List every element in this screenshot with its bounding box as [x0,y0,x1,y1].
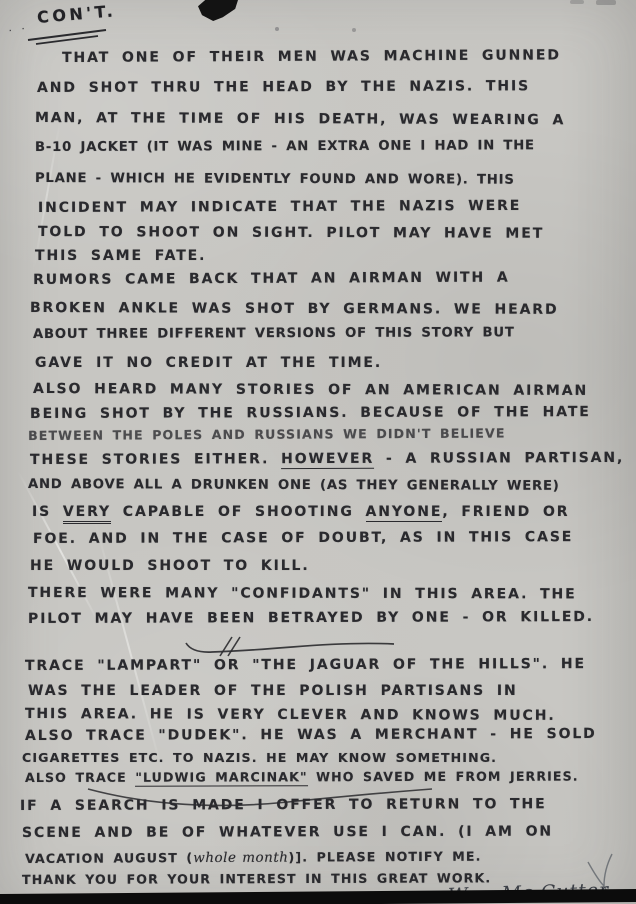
letter-page: . . CON'T. THAT ONE OF THEIR MEN WAS MAC… [0,0,636,904]
handwritten-line: THAT ONE OF THEIR MEN WAS MACHINE GUNNED [62,47,561,66]
underlined-word: "LUDWIG MARCINAK" [135,769,307,786]
line-segment: )]. PLEASE NOTIFY ME. [288,849,481,865]
handwritten-line: BEING SHOT BY THE RUSSIANS. BECAUSE OF T… [30,404,591,422]
line-segment: ALSO TRACE [25,770,135,785]
handwritten-line: AND ABOVE ALL A DRUNKEN ONE (AS THEY GEN… [28,477,560,494]
handwritten-line: B-10 JACKET (IT WAS MINE - AN EXTRA ONE … [35,138,535,155]
line-segment: , FRIEND OR [442,504,569,520]
handwritten-line: AND SHOT THRU THE HEAD BY THE NAZIS. THI… [37,78,530,96]
handwritten-line: INCIDENT MAY INDICATE THAT THE NAZIS WER… [38,198,521,216]
smudge-mark [596,0,616,5]
scan-edge-strip [0,889,636,904]
handwritten-line: ALSO TRACE "LUDWIG MARCINAK" WHO SAVED M… [25,769,579,785]
line-segment: THESE STORIES EITHER. [30,451,281,468]
line-segment: VACATION AUGUST ( [25,850,193,866]
heading-underline-icon [26,27,118,45]
handwritten-line: TOLD TO SHOOT ON SIGHT. PILOT MAY HAVE M… [38,224,544,242]
handwritten-line: CIGARETTES ETC. TO NAZIS. HE MAY KNOW SO… [22,750,497,765]
ink-blot [198,0,238,21]
line-segment: - A RUSSIAN PARTISAN, [374,450,624,467]
handwritten-line: THIS SAME FATE. [35,248,206,264]
handwritten-line: IS VERY CAPABLE OF SHOOTING ANYONE, FRIE… [32,504,569,520]
cursive-insert: whole month [193,850,288,866]
handwritten-line: ALSO TRACE "DUDEK". HE WAS A MERCHANT - … [25,726,597,744]
handwritten-line: HE WOULD SHOOT TO KILL. [30,558,310,574]
continuation-heading: CON'T. [36,1,117,27]
handwritten-line: MAN, AT THE TIME OF HIS DEATH, WAS WEARI… [35,110,565,128]
handwritten-line: FOE. AND IN THE CASE OF DOUBT, AS IN THI… [33,529,573,547]
handwritten-line: THIS AREA. HE IS VERY CLEVER AND KNOWS M… [25,706,556,724]
handwritten-line: IF A SEARCH IS MADE I OFFER TO RETURN TO… [20,796,547,814]
handwritten-line: PLANE - WHICH HE EVIDENTLY FOUND AND WOR… [35,171,515,188]
line-segment: CAPABLE OF SHOOTING [111,504,366,520]
smudge-mark [570,0,584,4]
handwritten-line: RUMORS CAME BACK THAT AN AIRMAN WITH A [33,270,510,288]
line-segment: WHO SAVED ME FROM JERRIES. [308,769,579,785]
handwritten-line: PILOT MAY HAVE BEEN BETRAYED BY ONE - OR… [28,609,594,627]
handwritten-line: BETWEEN THE POLES AND RUSSIANS WE DIDN'T… [28,425,506,443]
handwritten-line: VACATION AUGUST (whole month)]. PLEASE N… [25,849,482,867]
paper-crease [17,471,103,631]
smudge-mark [352,28,356,32]
handwritten-line: THESE STORIES EITHER. HOWEVER - A RUSSIA… [30,450,624,468]
handwritten-line: BROKEN ANKLE WAS SHOT BY GERMANS. WE HEA… [30,300,559,318]
smudge-mark [275,27,279,31]
underlined-word: HOWEVER [281,451,374,469]
handwritten-line: THERE WERE MANY "CONFIDANTS" IN THIS ARE… [28,585,577,602]
handwritten-line: WAS THE LEADER OF THE POLISH PARTISANS I… [28,683,518,699]
handwritten-line: SCENE AND BE OF WHATEVER USE I CAN. (I A… [22,824,553,841]
underlined-word: VERY [63,504,111,524]
handwritten-line: GAVE IT NO CREDIT AT THE TIME. [35,355,382,371]
line-segment: IS [32,504,63,520]
handwritten-line: ALSO HEARD MANY STORIES OF AN AMERICAN A… [33,381,588,399]
handwritten-line: THANK YOU FOR YOUR INTEREST IN THIS GREA… [22,870,491,887]
handwritten-line: TRACE "LAMPART" OR "THE JAGUAR OF THE HI… [25,656,586,674]
handwritten-line: ABOUT THREE DIFFERENT VERSIONS OF THIS S… [33,325,515,342]
divider-squiggle-icon [182,635,397,659]
underlined-word: ANYONE [366,504,443,522]
